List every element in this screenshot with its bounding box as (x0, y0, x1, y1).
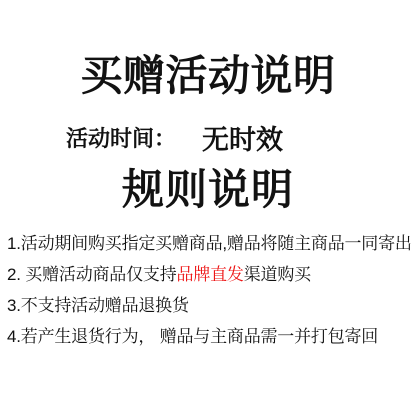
rule-text: 3.不支持活动赠品退换货 (7, 296, 189, 315)
rule-item-3: 3.不支持活动赠品退换货 (7, 290, 416, 321)
rule-text: 4.若产生退货行为， 赠品与主商品需一并打包寄回 (7, 327, 378, 346)
rule-text: 2. 买赠活动商品仅支持 (7, 265, 177, 284)
activity-time-value: 无时效 (202, 118, 283, 157)
activity-time-row: 活动时间： 无时效 (66, 121, 416, 153)
rule-text: 1.活动期间购买指定买赠商品,赠品将随主商品一同寄出 (7, 234, 412, 253)
rule-item-2: 2. 买赠活动商品仅支持品牌直发渠道购买 (7, 259, 416, 290)
promo-notice-page: 买赠活动说明 活动时间： 无时效 规则说明 1.活动期间购买指定买赠商品,赠品将… (0, 0, 416, 416)
rule-item-4: 4.若产生退货行为， 赠品与主商品需一并打包寄回 (7, 321, 416, 352)
rules-section-title: 规则说明 (0, 166, 416, 214)
activity-time-label: 活动时间： (66, 122, 176, 153)
rule-highlight-text: 品牌直发 (177, 265, 244, 284)
rules-list: 1.活动期间购买指定买赠商品,赠品将随主商品一同寄出 2. 买赠活动商品仅支持品… (0, 228, 416, 352)
page-title: 买赠活动说明 (0, 52, 416, 100)
rule-item-1: 1.活动期间购买指定买赠商品,赠品将随主商品一同寄出 (7, 228, 416, 259)
rule-text: 渠道购买 (244, 265, 311, 284)
